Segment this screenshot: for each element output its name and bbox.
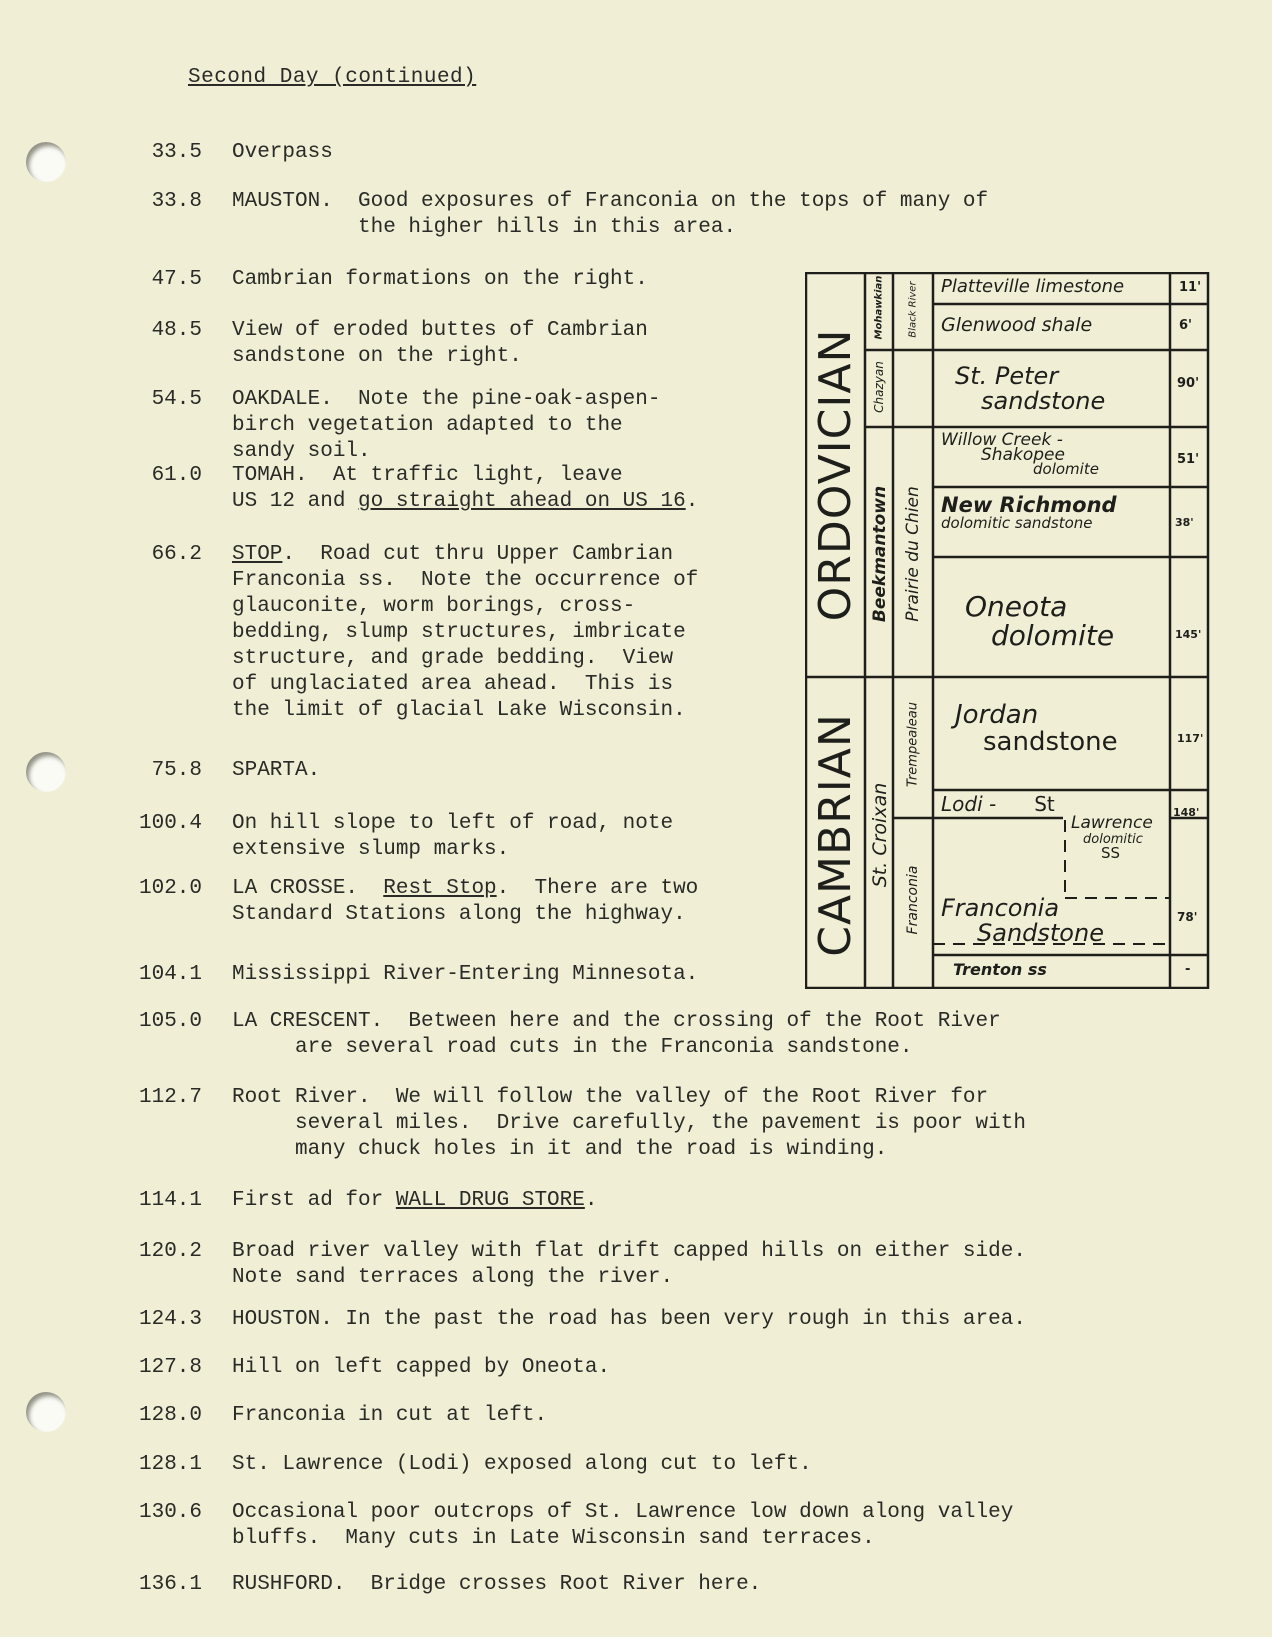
log-description: Franconia in cut at left. <box>232 1403 547 1429</box>
log-description: View of eroded buttes of Cambriansandsto… <box>232 318 648 370</box>
stage-franconia: Franconia <box>905 830 921 970</box>
log-description: Root River. We will follow the valley of… <box>232 1085 1026 1163</box>
mileage: 61.0 <box>0 463 202 489</box>
mileage: 66.2 <box>0 542 202 568</box>
formation-st-peter: St. Peter sandstone <box>955 364 1105 414</box>
series-st-croixan: St. Croixan <box>869 745 891 925</box>
underlined-text: WALL DRUG STORE <box>396 1189 585 1212</box>
mileage: 105.0 <box>0 1009 202 1035</box>
stage-black-river: Black River <box>908 280 919 340</box>
series-beekmantown: Beekmantown <box>870 474 890 634</box>
formation-franconia: Franconia Sandstone <box>941 896 1104 946</box>
mileage: 75.8 <box>0 758 202 784</box>
log-description: Occasional poor outcrops of St. Lawrence… <box>232 1500 1013 1552</box>
era-cambrian: CAMBRIAN <box>810 685 860 985</box>
mileage: 48.5 <box>0 318 202 344</box>
mileage: 127.8 <box>0 1355 202 1381</box>
thickness-glenwood: 6' <box>1179 318 1192 333</box>
underlined-text: Rest Stop <box>383 877 496 900</box>
mileage: 128.0 <box>0 1403 202 1429</box>
mileage: 104.1 <box>0 962 202 988</box>
log-description: HOUSTON. In the past the road has been v… <box>232 1307 1026 1333</box>
log-description: Overpass <box>232 140 333 166</box>
thickness-franconia: 78' <box>1177 910 1197 924</box>
log-description: LA CROSSE. Rest Stop. There are twoStand… <box>232 876 698 928</box>
log-description: OAKDALE. Note the pine-oak-aspen-birch v… <box>232 387 660 465</box>
thickness-lodi-st-lawrence: 148' <box>1173 806 1199 819</box>
mileage: 130.6 <box>0 1500 202 1526</box>
log-description: TOMAH. At traffic light, leaveUS 12 and … <box>232 463 698 515</box>
stage-prairie-du-chien: Prairie du Chien <box>903 454 923 654</box>
thickness-willow-creek: 51' <box>1177 452 1199 467</box>
log-description: RUSHFORD. Bridge crosses Root River here… <box>232 1572 761 1598</box>
log-description: On hill slope to left of road, noteexten… <box>232 811 673 863</box>
mileage: 114.1 <box>0 1188 202 1214</box>
underlined-text: STOP <box>232 543 282 566</box>
series-mohawkian: Mohawkian <box>874 280 885 340</box>
thickness-jordan: 117' <box>1177 732 1203 745</box>
stage-trempealeau: Trempealeau <box>906 695 921 795</box>
formation-new-richmond: New Richmond dolomitic sandstone <box>941 494 1117 532</box>
stratigraphic-column: ORDOVICIAN CAMBRIAN Mohawkian Chazyan Be… <box>805 272 1210 989</box>
mileage: 112.7 <box>0 1085 202 1111</box>
log-description: Broad river valley with flat drift cappe… <box>232 1239 1026 1291</box>
era-ordovician: ORDOVICIAN <box>810 295 860 655</box>
formation-jordan: Jordan sandstone <box>955 702 1118 757</box>
thickness-platteville: 11' <box>1179 280 1201 295</box>
log-description: MAUSTON. Good exposures of Franconia on … <box>232 189 988 241</box>
log-description: Hill on left capped by Oneota. <box>232 1355 610 1381</box>
thickness-st-peter: 90' <box>1177 376 1199 391</box>
log-description: LA CRESCENT. Between here and the crossi… <box>232 1009 1001 1061</box>
formation-glenwood: Glenwood shale <box>941 316 1092 336</box>
mileage: 102.0 <box>0 876 202 902</box>
mileage: 124.3 <box>0 1307 202 1333</box>
formation-lodi-st-lawrence: Lodi -St Lawrence dolomitic SS <box>941 794 1153 862</box>
log-description: Cambrian formations on the right. <box>232 267 648 293</box>
formation-trenton: Trenton ss <box>953 962 1047 979</box>
log-description: SPARTA. <box>232 758 320 784</box>
log-description: First ad for WALL DRUG STORE. <box>232 1188 597 1214</box>
log-description: Mississippi River-Entering Minnesota. <box>232 962 698 988</box>
thickness-oneota: 145' <box>1175 628 1201 641</box>
log-description: St. Lawrence (Lodi) exposed along cut to… <box>232 1452 812 1478</box>
series-chazyan: Chazyan <box>872 347 886 427</box>
mileage: 100.4 <box>0 811 202 837</box>
mileage: 54.5 <box>0 387 202 413</box>
mileage: 120.2 <box>0 1239 202 1265</box>
mileage: 128.1 <box>0 1452 202 1478</box>
mileage: 47.5 <box>0 267 202 293</box>
mileage: 33.8 <box>0 189 202 215</box>
thickness-new-richmond: 38' <box>1175 516 1194 529</box>
mileage: 33.5 <box>0 140 202 166</box>
mileage: 136.1 <box>0 1572 202 1598</box>
formation-oneota: Oneota dolomite <box>965 592 1114 651</box>
thickness-trenton: - <box>1185 962 1190 977</box>
formation-platteville: Platteville limestone <box>941 278 1124 297</box>
page-title: Second Day (continued) <box>188 66 476 89</box>
log-description: STOP. Road cut thru Upper CambrianFranco… <box>232 542 698 724</box>
underlined-text: go straight ahead on US 16 <box>358 490 686 513</box>
formation-willow-creek-shakopee: Willow Creek - Shakopee dolomite <box>941 432 1099 477</box>
